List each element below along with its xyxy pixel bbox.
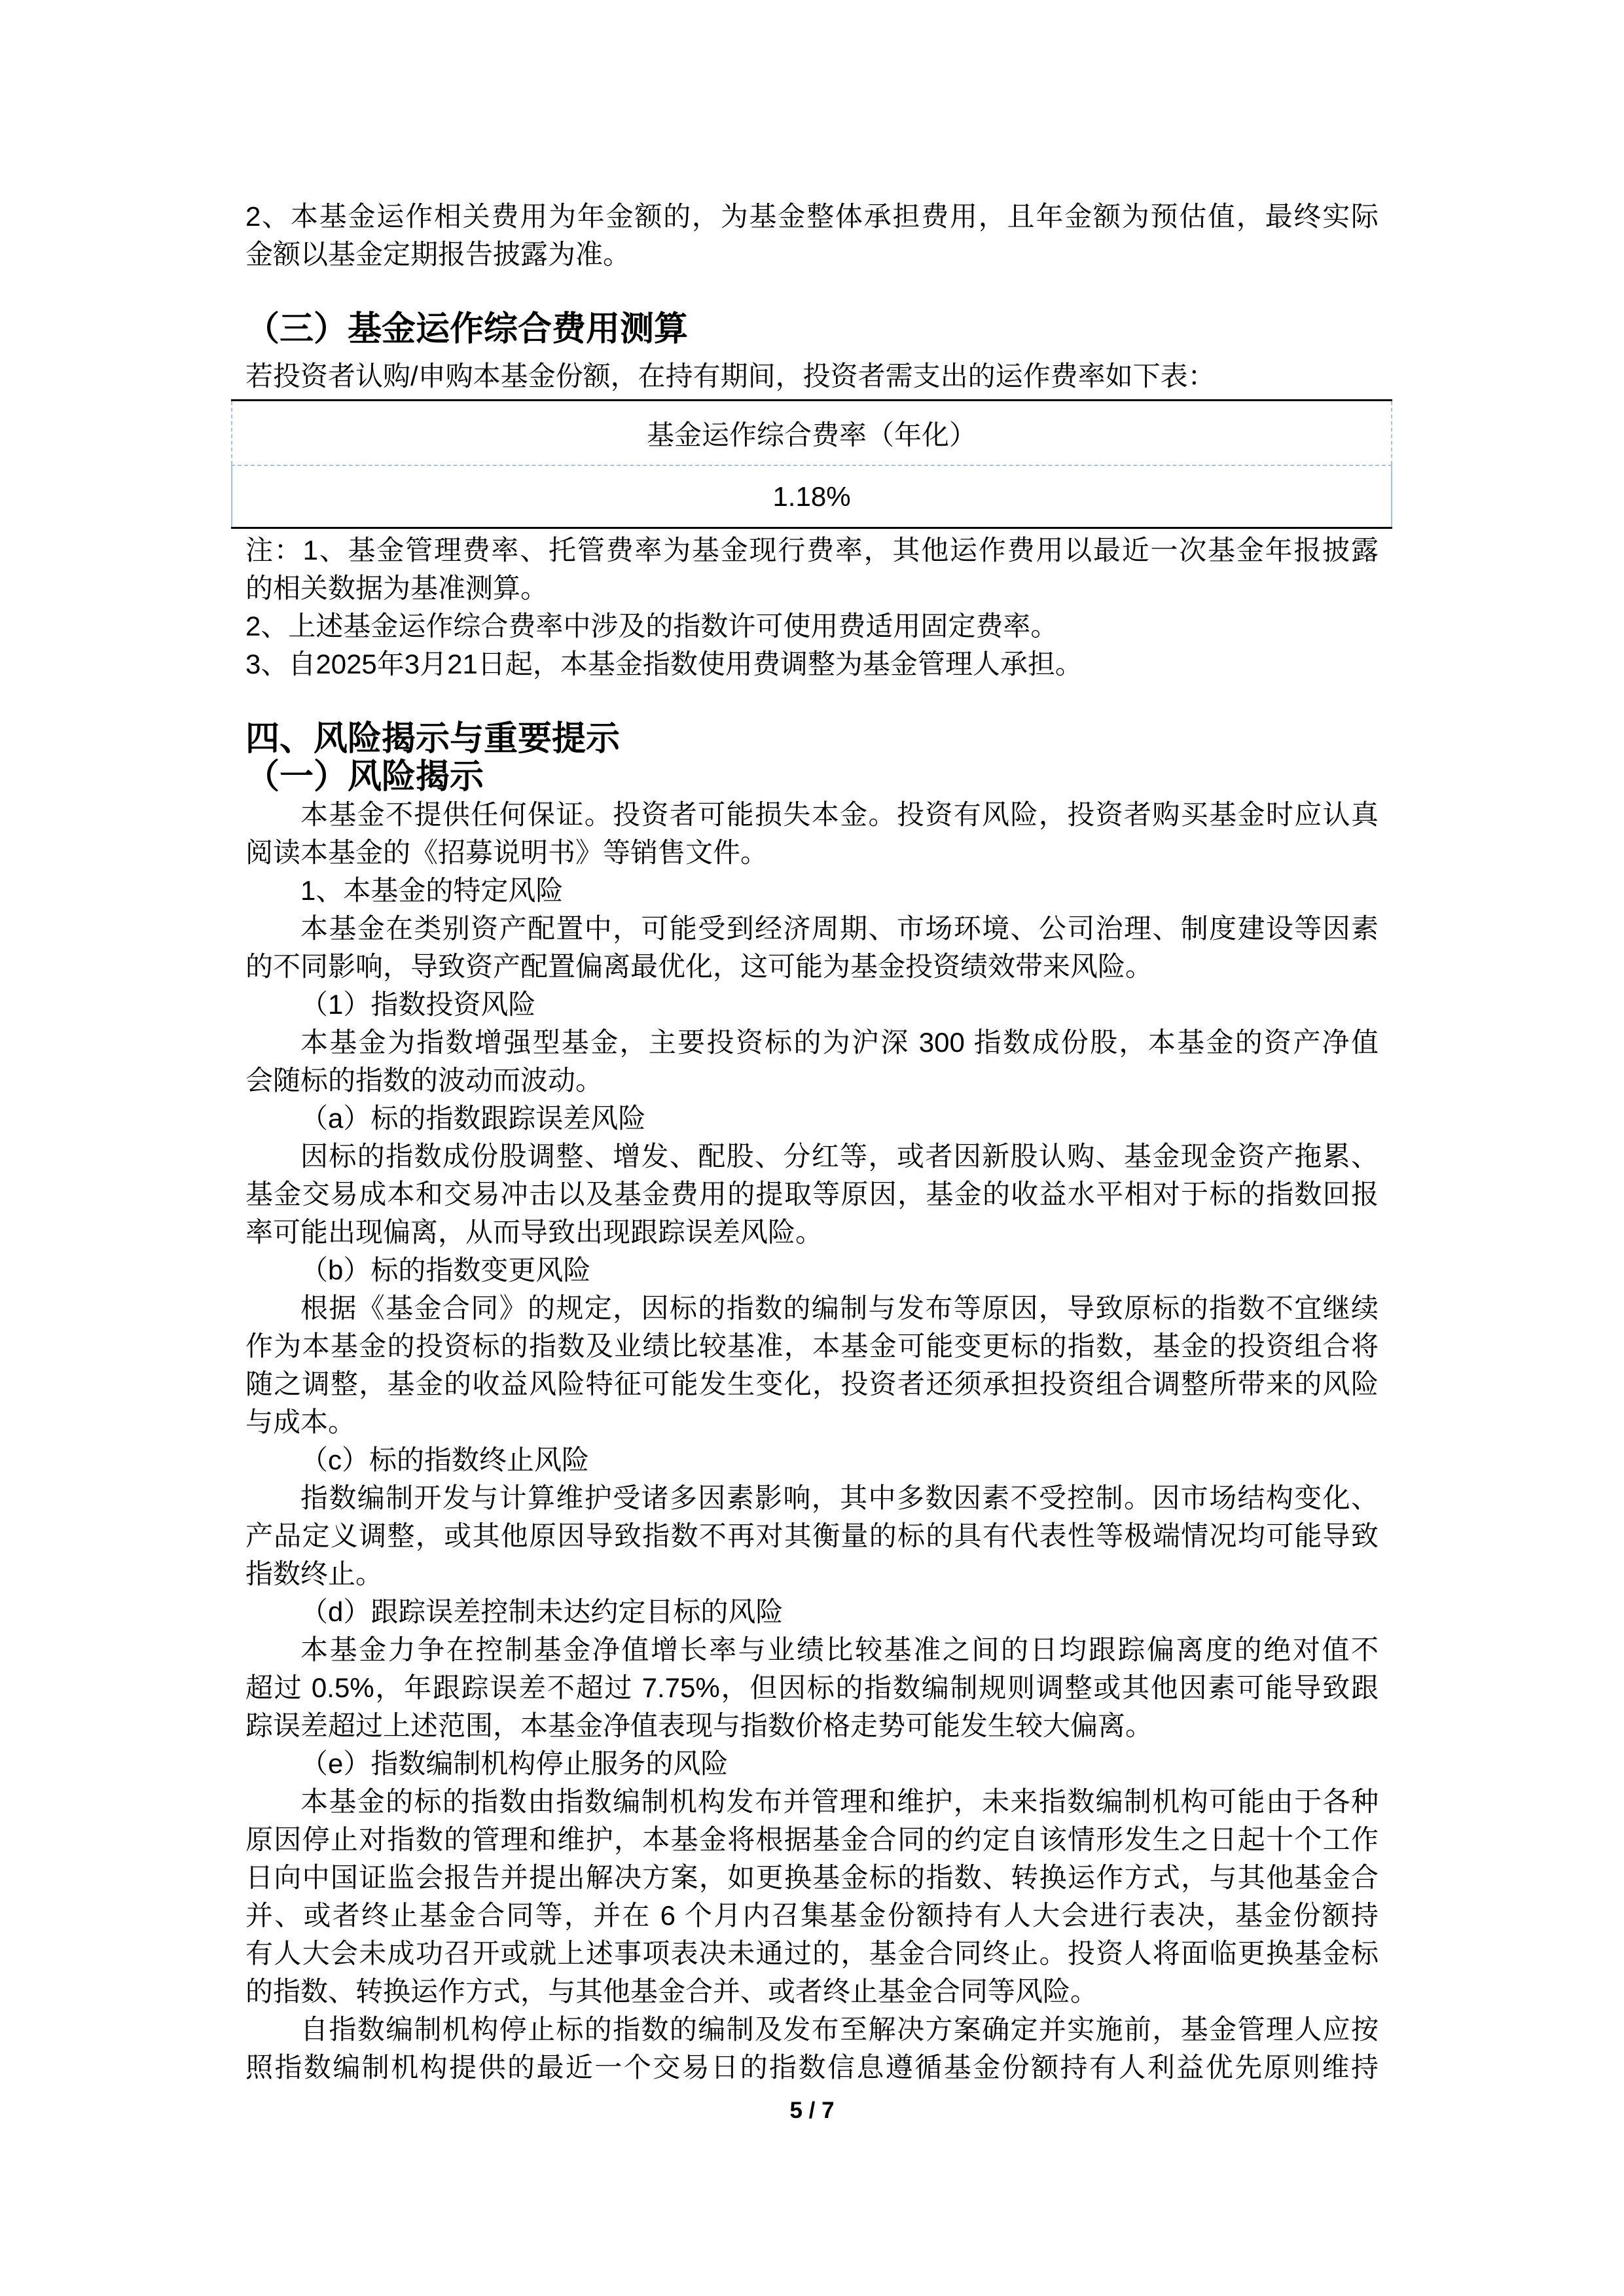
paragraph: 若投资者认购/申购本基金份额，在持有期间，投资者需支出的运作费率如下表： (245, 357, 1379, 395)
text-line: 根据《基金合同》的规定，因标的指数的编制与发布等原因，导致原标的指数不宜继续 (245, 1289, 1379, 1327)
text-line: （b）标的指数变更风险 (245, 1251, 1379, 1289)
text-line: 的不同影响，导致资产配置偏离最优化，这可能为基金投资绩效带来风险。 (245, 948, 1379, 986)
text-line: 超过 0.5%，年跟踪误差不超过 7.75%，但因标的指数编制规则调整或其他因素… (245, 1669, 1379, 1707)
text-line: 有人大会未成功召开或就上述事项表决未通过的，基金合同终止。投资人将面临更换基金标 (245, 1935, 1379, 1973)
section-heading: （一）风险揭示 (245, 758, 1379, 796)
text-line: 踪误差超过上述范围，本基金净值表现与指数价格走势可能发生较大偏离。 (245, 1707, 1379, 1745)
text-line: 基金交易成本和交易冲击以及基金费用的提取等原因，基金的收益水平相对于标的指数回报 (245, 1175, 1379, 1213)
paragraph: 因标的指数成份股调整、增发、配股、分红等，或者因新股认购、基金现金资产拖累、基金… (245, 1138, 1379, 1251)
text-line: 自指数编制机构停止标的指数的编制及发布至解决方案确定并实施前，基金管理人应按 (245, 2011, 1379, 2049)
text-line: 原因停止对指数的管理和维护，本基金将根据基金合同的约定自该情形发生之日起十个工作 (245, 1821, 1379, 1859)
text-line: （a）标的指数跟踪误差风险 (245, 1100, 1379, 1138)
text-line: 会随标的指数的波动而波动。 (245, 1062, 1379, 1100)
text-line: （d）跟踪误差控制未达约定目标的风险 (245, 1593, 1379, 1631)
text-line: 本基金为指数增强型基金，主要投资标的为沪深 300 指数成份股，本基金的资产净值 (245, 1024, 1379, 1062)
text-line: 本基金的标的指数由指数编制机构发布并管理和维护，未来指数编制机构可能由于各种 (245, 1783, 1379, 1821)
text-line: 3、自2025年3月21日起，本基金指数使用费调整为基金管理人承担。 (245, 645, 1379, 683)
section-heading: （三）基金运作综合费用测算 (245, 310, 1379, 348)
paragraph: 本基金的标的指数由指数编制机构发布并管理和维护，未来指数编制机构可能由于各种原因… (245, 1783, 1379, 2011)
paragraph: 3、自2025年3月21日起，本基金指数使用费调整为基金管理人承担。 (245, 645, 1379, 683)
fee-rate-value: 1.18% (772, 481, 850, 512)
text-line: 因标的指数成份股调整、增发、配股、分红等，或者因新股认购、基金现金资产拖累、 (245, 1138, 1379, 1175)
section-heading: 四、风险揭示与重要提示 (245, 720, 1379, 758)
text-line: 本基金在类别资产配置中，可能受到经济周期、市场环境、公司治理、制度建设等因素 (245, 910, 1379, 948)
paragraph: 根据《基金合同》的规定，因标的指数的编制与发布等原因，导致原标的指数不宜继续作为… (245, 1289, 1379, 1441)
text-line: 并、或者终止基金合同等，并在 6 个月内召集基金份额持有人大会进行表决，基金份额… (245, 1897, 1379, 1935)
text-line: 金额以基金定期报告披露为准。 (245, 236, 1379, 274)
paragraph: （d）跟踪误差控制未达约定目标的风险 (245, 1593, 1379, 1631)
paragraph: （b）标的指数变更风险 (245, 1251, 1379, 1289)
text-line: 指数终止。 (245, 1555, 1379, 1593)
text-line: 2、上述基金运作综合费率中涉及的指数许可使用费适用固定费率。 (245, 607, 1379, 645)
text-line: 与成本。 (245, 1403, 1379, 1441)
text-line: （c）标的指数终止风险 (245, 1441, 1379, 1479)
text-line: （e）指数编制机构停止服务的风险 (245, 1745, 1379, 1783)
fee-table: 基金运作综合费率（年化） 1.18% (231, 399, 1392, 529)
text-line: 的指数、转换运作方式，与其他基金合并、或者终止基金合同等风险。 (245, 1973, 1379, 2011)
document-body: 2、本基金运作相关费用为年金额的，为基金整体承担费用，且年金额为预估值，最终实际… (0, 0, 1624, 2087)
text-line: 阅读本基金的《招募说明书》等销售文件。 (245, 834, 1379, 872)
text-line: 1、本基金的特定风险 (245, 872, 1379, 910)
text-line: 本基金力争在控制基金净值增长率与业绩比较基准之间的日均跟踪偏离度的绝对值不 (245, 1631, 1379, 1669)
paragraph: 自指数编制机构停止标的指数的编制及发布至解决方案确定并实施前，基金管理人应按照指… (245, 2011, 1379, 2087)
text-line: 产品定义调整，或其他原因导致指数不再对其衡量的标的具有代表性等极端情况均可能导致 (245, 1517, 1379, 1555)
text-line: 本基金不提供任何保证。投资者可能损失本金。投资有风险，投资者购买基金时应认真 (245, 796, 1379, 834)
paragraph: 本基金在类别资产配置中，可能受到经济周期、市场环境、公司治理、制度建设等因素的不… (245, 910, 1379, 986)
text-line: 若投资者认购/申购本基金份额，在持有期间，投资者需支出的运作费率如下表： (245, 357, 1379, 395)
paragraph: （a）标的指数跟踪误差风险 (245, 1100, 1379, 1138)
paragraph: 指数编制开发与计算维护受诸多因素影响，其中多数因素不受控制。因市场结构变化、产品… (245, 1479, 1379, 1593)
text-line: 日向中国证监会报告并提出解决方案，如更换基金标的指数、转换运作方式，与其他基金合 (245, 1859, 1379, 1897)
paragraph: 2、本基金运作相关费用为年金额的，为基金整体承担费用，且年金额为预估值，最终实际… (245, 198, 1379, 274)
text-line: 注：1、基金管理费率、托管费率为基金现行费率，其他运作费用以最近一次基金年报披露 (245, 531, 1379, 569)
fee-table-header-row: 基金运作综合费率（年化） (231, 401, 1392, 465)
paragraph: 注：1、基金管理费率、托管费率为基金现行费率，其他运作费用以最近一次基金年报披露… (245, 531, 1379, 607)
paragraph: 2、上述基金运作综合费率中涉及的指数许可使用费适用固定费率。 (245, 607, 1379, 645)
paragraph: （c）标的指数终止风险 (245, 1441, 1379, 1479)
text-line: （1）指数投资风险 (245, 986, 1379, 1024)
text-line: 作为本基金的投资标的指数及业绩比较基准，本基金可能变更标的指数，基金的投资组合将 (245, 1327, 1379, 1365)
paragraph: 本基金为指数增强型基金，主要投资标的为沪深 300 指数成份股，本基金的资产净值… (245, 1024, 1379, 1100)
paragraph: 1、本基金的特定风险 (245, 872, 1379, 910)
fee-table-header-cell: 基金运作综合费率（年化） (647, 414, 977, 453)
text-line: 随之调整，基金的收益风险特征可能发生变化，投资者还须承担投资组合调整所带来的风险 (245, 1365, 1379, 1403)
text-line: 的相关数据为基准测算。 (245, 569, 1379, 607)
text-line: 照指数编制机构提供的最近一个交易日的指数信息遵循基金份额持有人利益优先原则维持 (245, 2049, 1379, 2087)
document-page: 2、本基金运作相关费用为年金额的，为基金整体承担费用，且年金额为预估值，最终实际… (0, 0, 1624, 2296)
text-line: 指数编制开发与计算维护受诸多因素影响，其中多数因素不受控制。因市场结构变化、 (245, 1479, 1379, 1517)
paragraph: （e）指数编制机构停止服务的风险 (245, 1745, 1379, 1783)
fee-table-value-row: 1.18% (231, 465, 1392, 527)
paragraph: （1）指数投资风险 (245, 986, 1379, 1024)
page-number: 5 / 7 (0, 2098, 1624, 2124)
paragraph: 本基金力争在控制基金净值增长率与业绩比较基准之间的日均跟踪偏离度的绝对值不超过 … (245, 1631, 1379, 1745)
text-line: 2、本基金运作相关费用为年金额的，为基金整体承担费用，且年金额为预估值，最终实际 (245, 198, 1379, 236)
text-line: 率可能出现偏离，从而导致出现跟踪误差风险。 (245, 1213, 1379, 1251)
paragraph: 本基金不提供任何保证。投资者可能损失本金。投资有风险，投资者购买基金时应认真阅读… (245, 796, 1379, 872)
